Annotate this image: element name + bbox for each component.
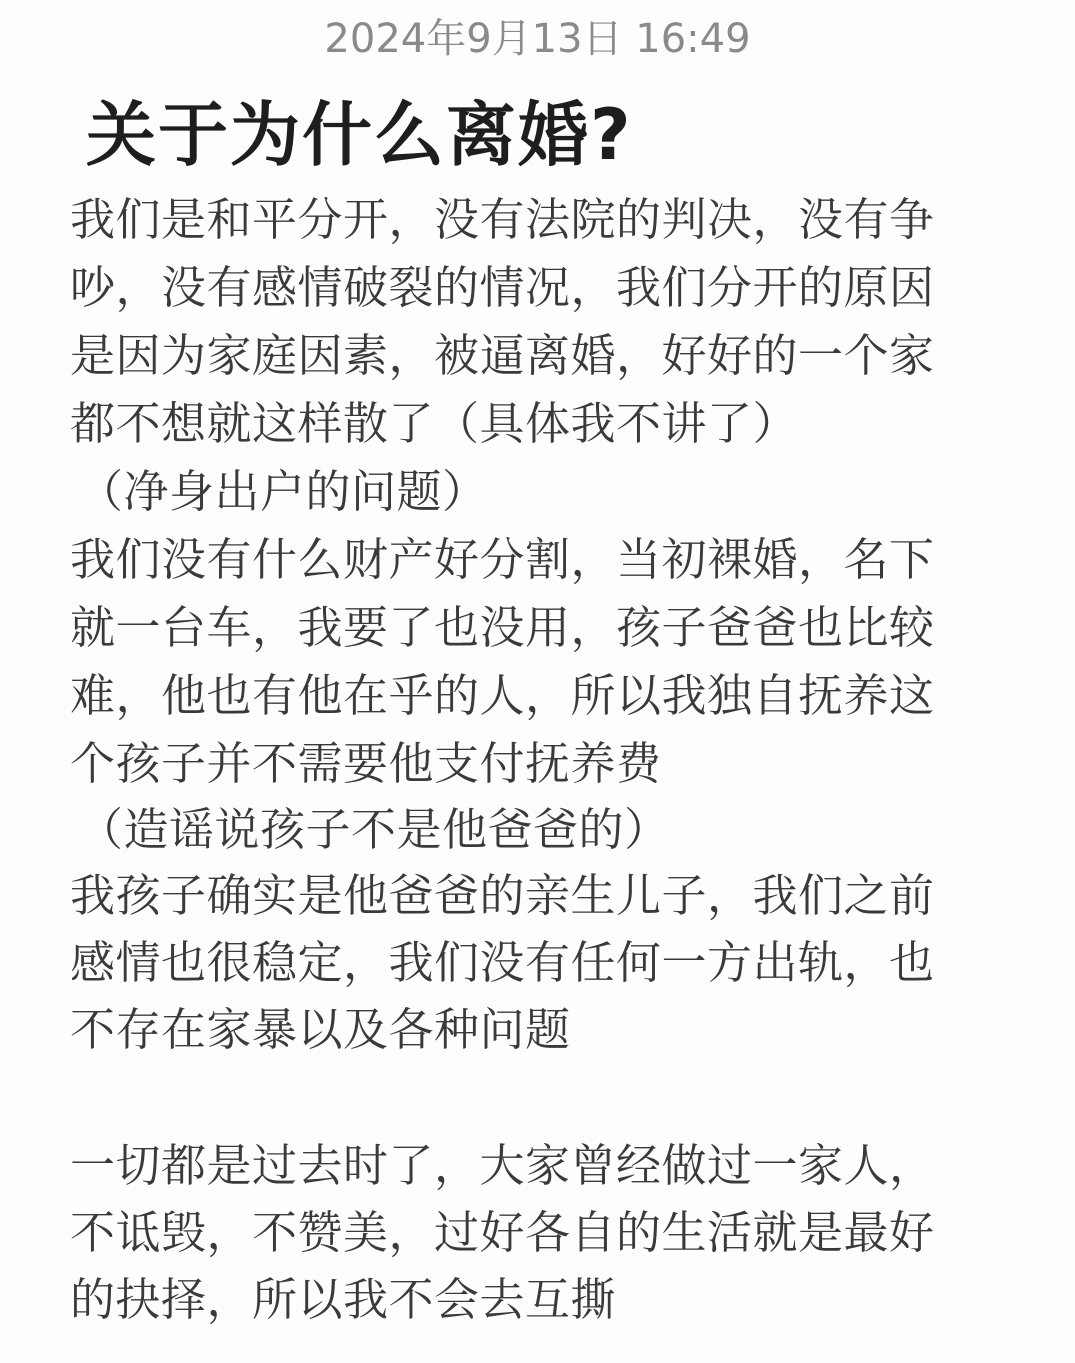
note-line: 是因为家庭因素，被逼离婚，好好的一个家 xyxy=(70,326,1010,386)
note-line: 不存在家暴以及各种问题 xyxy=(70,1000,1010,1060)
note-line: 吵，没有感情破裂的情况，我们分开的原因 xyxy=(70,258,1010,318)
note-line: 我孩子确实是他爸爸的亲生儿子，我们之前 xyxy=(70,866,1010,926)
note-line: 我们是和平分开，没有法院的判决，没有争 xyxy=(70,190,1010,250)
note-title: 关于为什么离婚? xyxy=(86,92,633,178)
note-line: 的抉择，所以我不会去互撕 xyxy=(70,1270,1010,1330)
note-line: 不诋毁，不赞美，过好各自的生活就是最好 xyxy=(70,1203,1010,1263)
note-line: 就一台车，我要了也没用，孩子爸爸也比较 xyxy=(70,598,1010,658)
note-line: 都不想就这样散了（具体我不讲了） xyxy=(70,394,1010,454)
note-line: 感情也很稳定，我们没有任何一方出轨，也 xyxy=(70,933,1010,993)
note-line: 一切都是过去时了，大家曾经做过一家人， xyxy=(70,1136,1010,1196)
note-line: （净身出户的问题） xyxy=(78,462,1018,522)
note-timestamp: 2024年9月13日 16:49 xyxy=(0,14,1075,64)
note-line: 我们没有什么财产好分割，当初裸婚，名下 xyxy=(70,530,1010,590)
note-line: 个孩子并不需要他支付抚养费 xyxy=(70,734,1010,794)
note-line: 难，他也有他在乎的人，所以我独自抚养这 xyxy=(70,666,1010,726)
note-line: （造谣说孩子不是他爸爸的） xyxy=(78,800,1018,860)
